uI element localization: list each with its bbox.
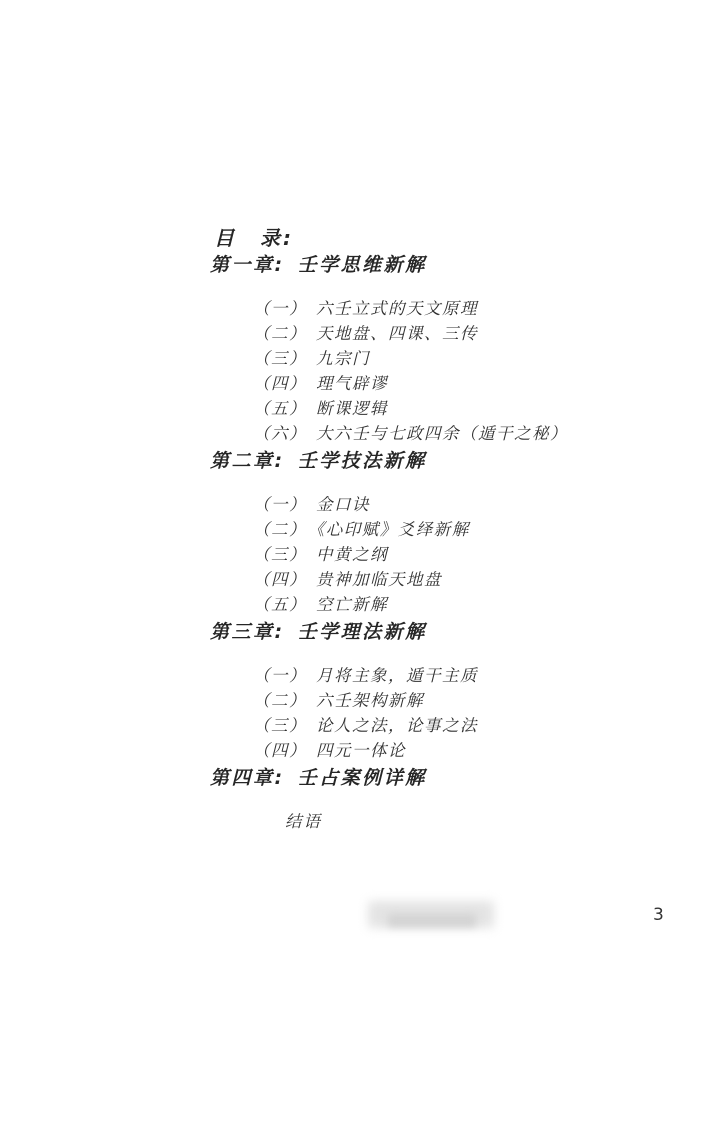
chapter-title: 壬学思维新解 [298,254,427,276]
item-number: （一） [253,495,307,514]
item-number: （六） [253,424,307,443]
toc-item: （二）《心印赋》爻绎新解 [253,517,728,542]
item-number: （四） [253,570,307,589]
item-number: （一） [253,299,307,318]
toc-item: （四）理气辟谬 [253,371,728,396]
item-number: （三） [253,349,307,368]
toc-item: （四）四元一体论 [253,738,728,763]
chapter-1-header: 第一章:壬学思维新解 [210,252,728,278]
item-text: 《心印赋》爻绎新解 [316,520,470,539]
toc-item: （二）天地盘、四课、三传 [253,321,728,346]
item-text: 月将主象，遁干主质 [316,666,478,685]
chapter-3-section: 第三章:壬学理法新解 （一）月将主象，遁干主质 （二）六壬架构新解 （三）论人之… [0,619,728,763]
item-number: （二） [253,520,307,539]
item-number: （五） [253,399,307,418]
item-text: 九宗门 [316,349,370,368]
chapter-1-section: 第一章:壬学思维新解 （一）六壬立式的天文原理 （二）天地盘、四课、三传 （三）… [0,252,728,446]
chapter-2-header: 第二章:壬学技法新解 [210,448,728,474]
chapter-3-header: 第三章:壬学理法新解 [210,619,728,645]
item-text: 论人之法，论事之法 [316,716,478,735]
item-number: （二） [253,691,307,710]
chapter-title: 壬学技法新解 [298,450,427,472]
toc-title: 目 录: [214,226,728,250]
item-text: 大六壬与七政四余（遁干之秘） [316,424,568,443]
chapter-4-section: 第四章:壬占案例详解 [0,765,728,791]
item-text: 六壬立式的天文原理 [316,299,478,318]
toc-item: （五）断课逻辑 [253,396,728,421]
toc-item: （二）六壬架构新解 [253,688,728,713]
chapter-3-items: （一）月将主象，遁干主质 （二）六壬架构新解 （三）论人之法，论事之法 （四）四… [253,663,728,763]
chapter-label: 第二章: [210,450,285,472]
item-text: 空亡新解 [316,595,388,614]
item-text: 四元一体论 [316,741,406,760]
chapter-title: 壬占案例详解 [298,767,427,789]
chapter-label: 第四章: [210,767,285,789]
item-number: （三） [253,716,307,735]
closing-note: 结语 [285,809,728,834]
item-number: （五） [253,595,307,614]
blurred-watermark-dark-patch [388,914,476,927]
toc-item: （四）贵神加临天地盘 [253,567,728,592]
item-number: （二） [253,324,307,343]
item-text: 金口诀 [316,495,370,514]
item-number: （四） [253,374,307,393]
toc-item: （一）金口诀 [253,492,728,517]
chapter-2-items: （一）金口诀 （二）《心印赋》爻绎新解 （三）中黄之纲 （四）贵神加临天地盘 （… [253,492,728,617]
toc-item: （三）中黄之纲 [253,542,728,567]
chapter-label: 第一章: [210,254,285,276]
toc-item: （一）六壬立式的天文原理 [253,296,728,321]
item-text: 天地盘、四课、三传 [316,324,478,343]
chapter-4-header: 第四章:壬占案例详解 [210,765,728,791]
item-text: 断课逻辑 [316,399,388,418]
chapter-1-items: （一）六壬立式的天文原理 （二）天地盘、四课、三传 （三）九宗门 （四）理气辟谬… [253,296,728,446]
item-text: 贵神加临天地盘 [316,570,442,589]
toc-item: （三）九宗门 [253,346,728,371]
chapter-title: 壬学理法新解 [298,621,427,643]
page-number: 3 [653,905,664,925]
toc-item: （一）月将主象，遁干主质 [253,663,728,688]
item-text: 理气辟谬 [316,374,388,393]
item-text: 中黄之纲 [316,545,388,564]
chapter-2-section: 第二章:壬学技法新解 （一）金口诀 （二）《心印赋》爻绎新解 （三）中黄之纲 （… [0,448,728,617]
item-number: （四） [253,741,307,760]
item-number: （一） [253,666,307,685]
toc-item: （五）空亡新解 [253,592,728,617]
chapter-label: 第三章: [210,621,285,643]
item-text: 六壬架构新解 [316,691,424,710]
toc-item: （三）论人之法，论事之法 [253,713,728,738]
item-number: （三） [253,545,307,564]
document-page: 目 录: 第一章:壬学思维新解 （一）六壬立式的天文原理 （二）天地盘、四课、三… [0,0,728,1139]
toc-item: （六）大六壬与七政四余（遁干之秘） [253,421,728,446]
